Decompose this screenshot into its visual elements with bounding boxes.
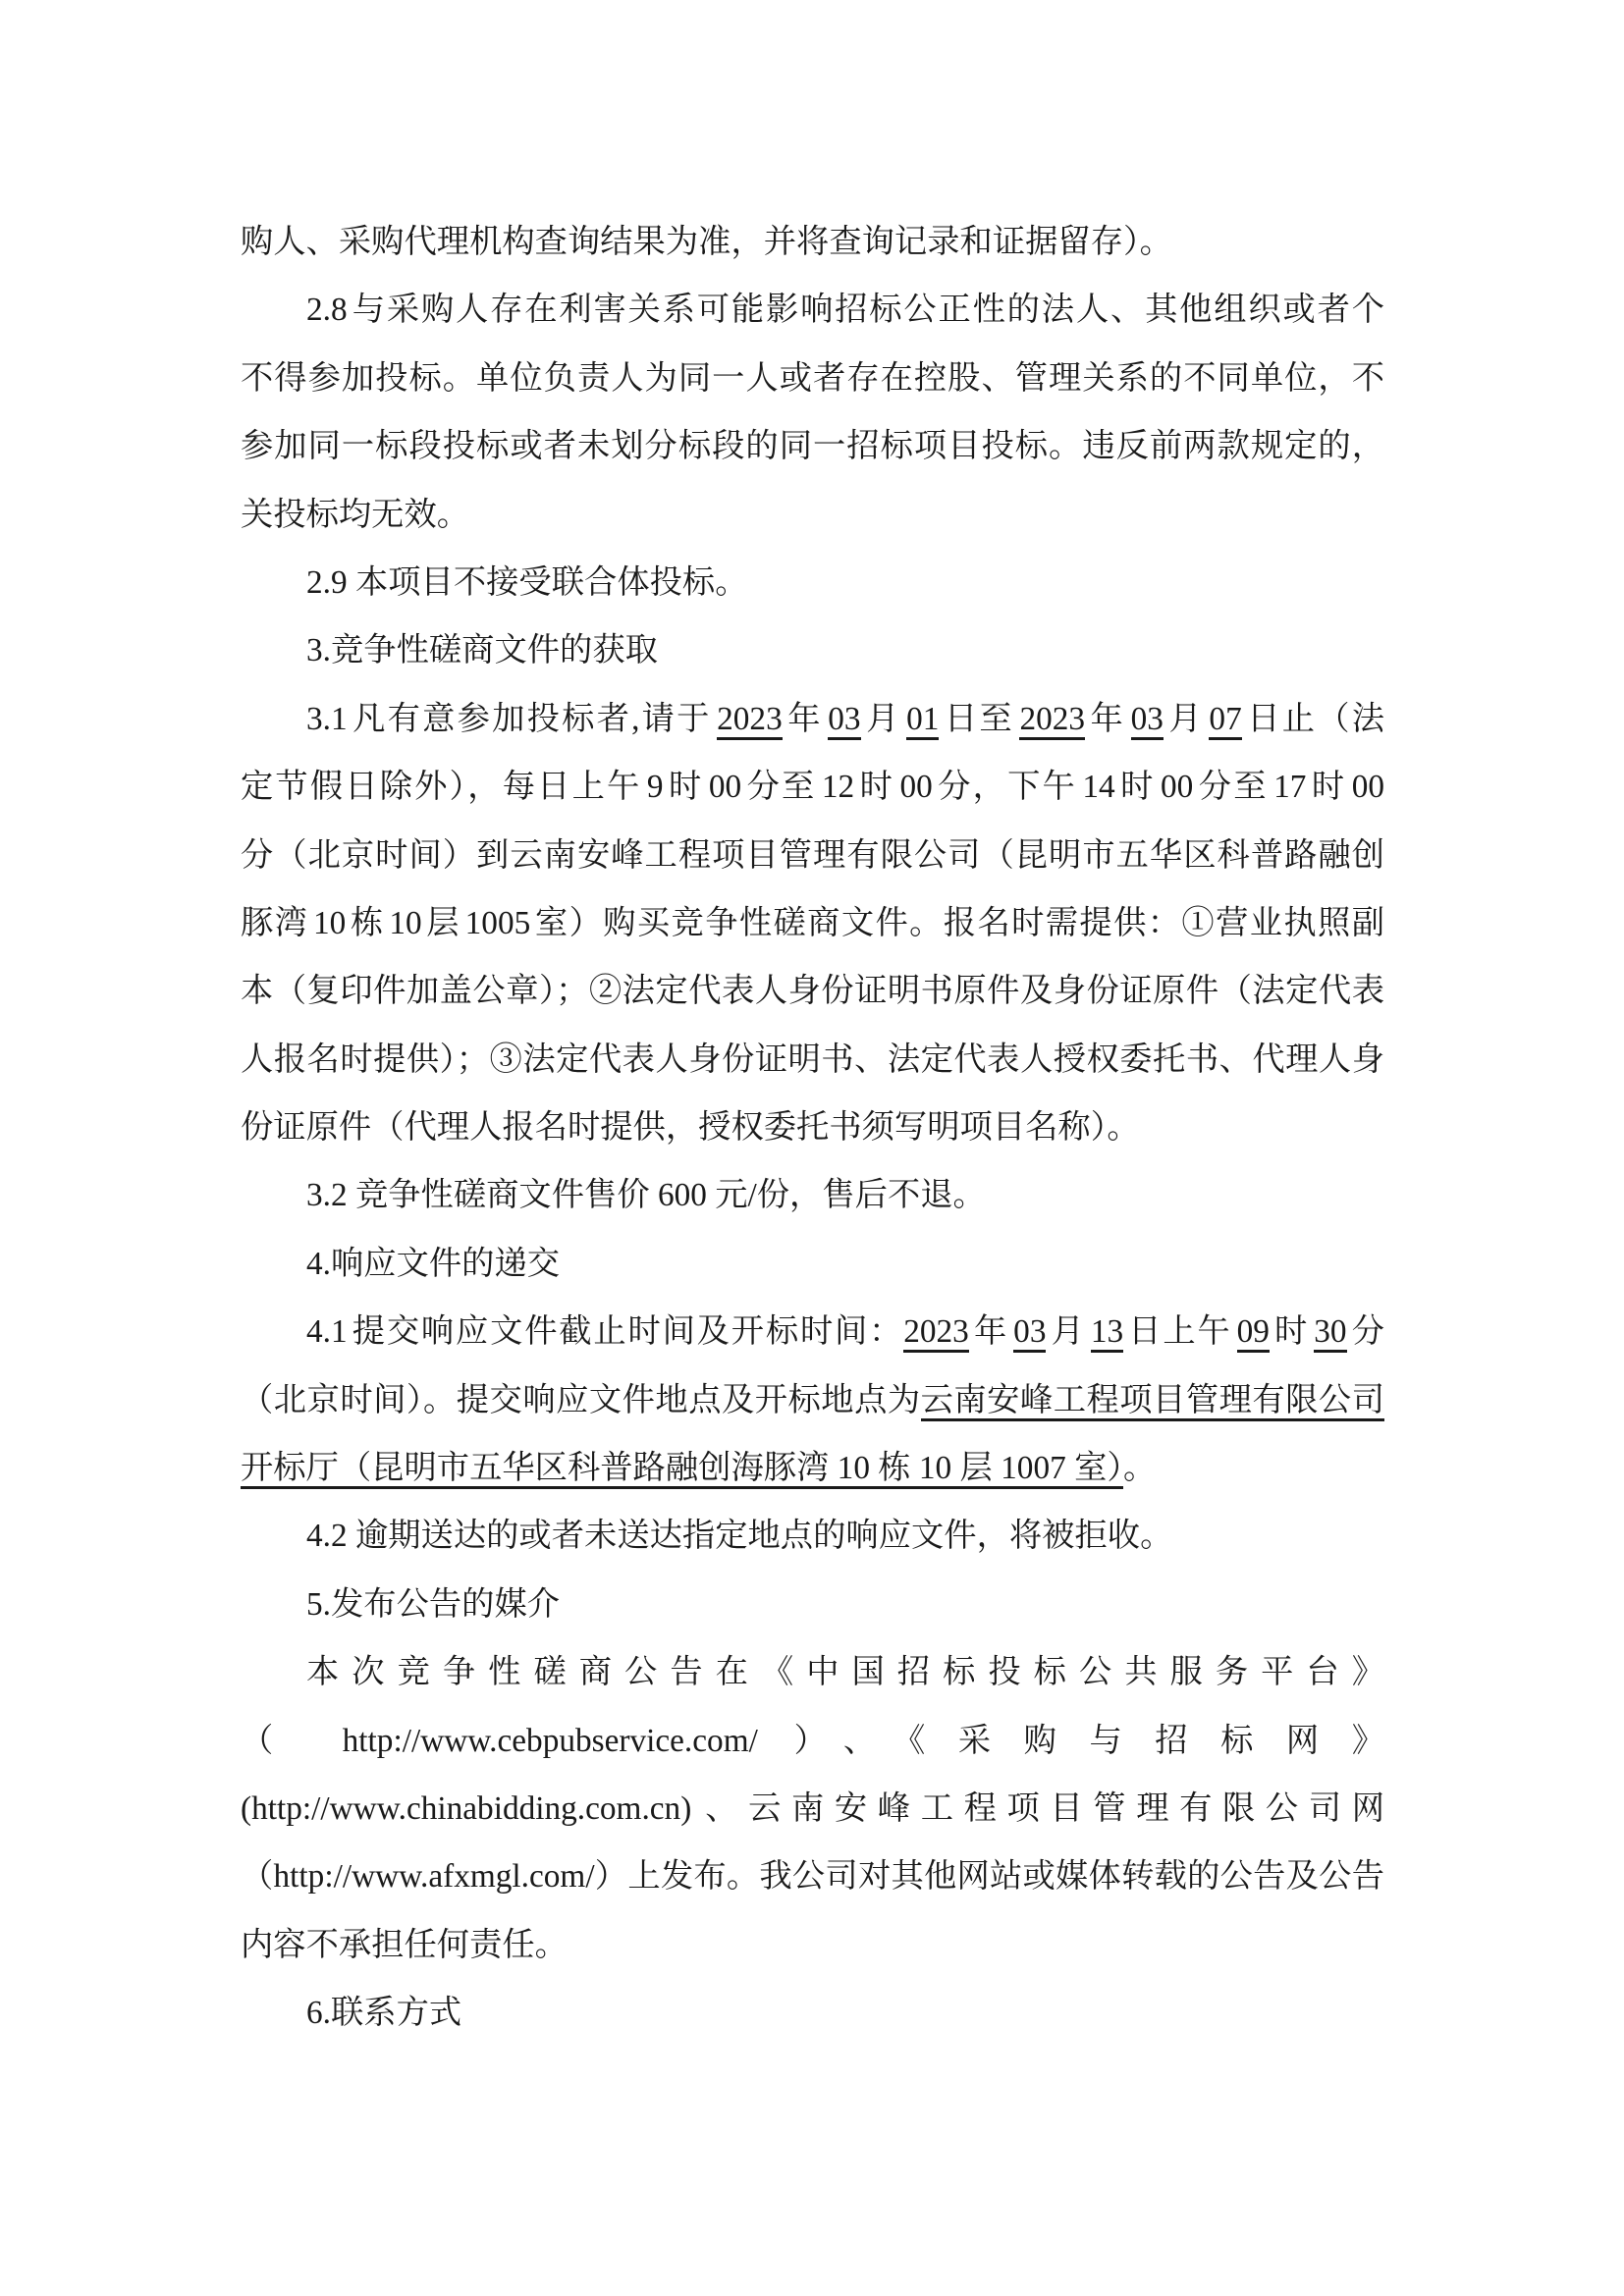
text-run: 人报名时提供）；③法定代表人身份证明书、法定代表人授权委托书、代理人身 — [241, 1041, 1384, 1078]
line-26-clause-5: 内容不承担任何责任。 — [241, 1911, 1384, 1979]
underlined-text: 30 — [1314, 1313, 1346, 1353]
line-11-clause-3-1: 豚湾 10 栋 10 层 1005 室）购买竞争性磋商文件。报名时需提供：①营业… — [241, 889, 1384, 957]
text-run: 日至 — [939, 701, 1019, 737]
document-content: 购人、采购代理机构查询结果为准，并将查询记录和证据留存）。2.8 与采购人存在利… — [241, 208, 1384, 2048]
text-run: 3.2 竞争性磋商文件售价 600 元/份，售后不退。 — [306, 1177, 986, 1213]
text-run: 3.竞争性磋商文件的获取 — [306, 632, 658, 668]
text-run: 参加同一标段投标或者未划分标段的同一招标项目投标。违反前两款规定的，相 — [241, 428, 1384, 480]
line-21-section-5-heading: 5.发布公告的媒介 — [241, 1571, 1384, 1638]
line-08-clause-3-1: 3.1 凡有意参加投标者,请于 2023 年 03 月 01 日至 2023 年… — [241, 685, 1384, 753]
line-02-clause-2-8: 2.8 与采购人存在利害关系可能影响招标公正性的法人、其他组织或者个人， — [241, 276, 1384, 344]
text-run: 月 — [1164, 701, 1210, 737]
underlined-text: 03 — [828, 701, 860, 740]
underlined-text: 03 — [1013, 1313, 1046, 1353]
text-run: 2.9 本项目不接受联合体投标。 — [306, 564, 748, 601]
text-run: 不得参加投标。单位负责人为同一人或者存在控股、管理关系的不同单位，不得 — [241, 360, 1384, 412]
line-24-clause-5: (http://www.chinabidding.com.cn) 、云南安峰工程… — [241, 1775, 1384, 1842]
text-run: 4.2 逾期送达的或者未送达指定地点的响应文件，将被拒收。 — [306, 1518, 1172, 1554]
line-04-clause-2-8: 参加同一标段投标或者未划分标段的同一招标项目投标。违反前两款规定的，相 — [241, 412, 1384, 480]
text-run: 4.1 提交响应文件截止时间及开标时间： — [306, 1313, 903, 1350]
text-run: 月 — [1046, 1313, 1090, 1350]
text-run: 内容不承担任何责任。 — [241, 1927, 568, 1963]
underlined-text: 09 — [1237, 1313, 1270, 1353]
line-03-clause-2-8: 不得参加投标。单位负责人为同一人或者存在控股、管理关系的不同单位，不得 — [241, 345, 1384, 412]
text-run: 日止（法 — [1242, 701, 1384, 737]
text-run: (http://www.chinabidding.com.cn) 、云南安峰工程… — [241, 1790, 1384, 1827]
text-run: 购人、采购代理机构查询结果为准，并将查询记录和证据留存）。 — [241, 224, 1172, 260]
text-run: 4.响应文件的递交 — [306, 1246, 560, 1282]
underlined-text: 13 — [1091, 1313, 1123, 1353]
line-27-section-6-heading: 6.联系方式 — [241, 1979, 1384, 2047]
underlined-text: 开标厅（昆明市五华区科普路融创海豚湾 10 栋 10 层 1007 室） — [241, 1450, 1123, 1489]
text-run: 5.发布公告的媒介 — [306, 1586, 560, 1623]
text-run: 6.联系方式 — [306, 1995, 461, 2031]
text-run: 年 — [969, 1313, 1013, 1350]
text-run: 本（复印件加盖公章）；②法定代表人身份证明书原件及身份证原件（法定代表 — [241, 973, 1384, 1009]
text-run: 2.8 与采购人存在利害关系可能影响招标公正性的法人、其他组织或者个人， — [306, 292, 1384, 344]
text-run: 豚湾 10 栋 10 层 1005 室）购买竞争性磋商文件。报名时需提供：①营业… — [241, 905, 1384, 941]
text-run: 关投标均无效。 — [241, 497, 469, 533]
text-run: 。 — [1123, 1450, 1156, 1486]
line-06-clause-2-9: 2.9 本项目不接受联合体投标。 — [241, 549, 1384, 616]
line-19-clause-4-1: 开标厅（昆明市五华区科普路融创海豚湾 10 栋 10 层 1007 室）。 — [241, 1434, 1384, 1502]
text-run: （北京时间）。提交响应文件地点及开标地点为 — [241, 1382, 921, 1418]
text-run: （http://www.afxmgl.com/）上发布。我公司对其他网站或媒体转… — [241, 1858, 1384, 1895]
line-25-clause-5: （http://www.afxmgl.com/）上发布。我公司对其他网站或媒体转… — [241, 1842, 1384, 1910]
line-12-clause-3-1: 本（复印件加盖公章）；②法定代表人身份证明书原件及身份证原件（法定代表 — [241, 957, 1384, 1025]
line-17-clause-4-1: 4.1 提交响应文件截止时间及开标时间：2023 年 03 月 13 日上午 0… — [241, 1298, 1384, 1365]
document-page: 购人、采购代理机构查询结果为准，并将查询记录和证据留存）。2.8 与采购人存在利… — [0, 0, 1624, 2296]
underlined-text: 云南安峰工程项目管理有限公司 — [921, 1382, 1384, 1421]
text-run: 定节假日除外），每日上午 9 时 00 分至 12 时 00 分，下午 14 时… — [241, 769, 1384, 805]
text-run: 月 — [861, 701, 907, 737]
text-run: （ http://www.cebpubservice.com/ ）、《采购与招标… — [241, 1723, 1384, 1759]
text-run: 年 — [783, 701, 829, 737]
line-22-clause-5: 本次竞争性磋商公告在《中国招标投标公共服务平台》 — [241, 1638, 1384, 1706]
text-run: 份证原件（代理人报名时提供，授权委托书须写明项目名称）。 — [241, 1109, 1140, 1146]
line-23-clause-5: （ http://www.cebpubservice.com/ ）、《采购与招标… — [241, 1707, 1384, 1775]
underlined-text: 2023 — [717, 701, 783, 740]
text-run: 年 — [1085, 701, 1131, 737]
underlined-text: 01 — [906, 701, 939, 740]
underlined-text: 07 — [1209, 701, 1241, 740]
line-18-clause-4-1: （北京时间）。提交响应文件地点及开标地点为云南安峰工程项目管理有限公司 — [241, 1366, 1384, 1434]
text-run: 时 — [1270, 1313, 1314, 1350]
text-run: 分（北京时间）到云南安峰工程项目管理有限公司（昆明市五华区科普路融创海 — [241, 837, 1384, 889]
line-15-clause-3-2: 3.2 竞争性磋商文件售价 600 元/份，售后不退。 — [241, 1161, 1384, 1229]
line-13-clause-3-1: 人报名时提供）；③法定代表人身份证明书、法定代表人授权委托书、代理人身 — [241, 1026, 1384, 1094]
underlined-text: 2023 — [903, 1313, 969, 1353]
text-run: 日上午 — [1123, 1313, 1237, 1350]
line-07-section-3-heading: 3.竞争性磋商文件的获取 — [241, 616, 1384, 684]
underlined-text: 03 — [1131, 701, 1164, 740]
text-run: 分 — [1347, 1313, 1384, 1350]
line-20-clause-4-2: 4.2 逾期送达的或者未送达指定地点的响应文件，将被拒收。 — [241, 1502, 1384, 1570]
line-14-clause-3-1: 份证原件（代理人报名时提供，授权委托书须写明项目名称）。 — [241, 1094, 1384, 1161]
underlined-text: 2023 — [1019, 701, 1085, 740]
text-run: 3.1 凡有意参加投标者,请于 — [306, 701, 717, 737]
text-run: 本次竞争性磋商公告在《中国招标投标公共服务平台》 — [306, 1654, 1384, 1690]
line-01-clause-2-7-end: 购人、采购代理机构查询结果为准，并将查询记录和证据留存）。 — [241, 208, 1384, 276]
line-10-clause-3-1: 分（北京时间）到云南安峰工程项目管理有限公司（昆明市五华区科普路融创海 — [241, 822, 1384, 889]
line-09-clause-3-1: 定节假日除外），每日上午 9 时 00 分至 12 时 00 分，下午 14 时… — [241, 753, 1384, 821]
line-16-section-4-heading: 4.响应文件的递交 — [241, 1230, 1384, 1298]
line-05-clause-2-8: 关投标均无效。 — [241, 481, 1384, 549]
